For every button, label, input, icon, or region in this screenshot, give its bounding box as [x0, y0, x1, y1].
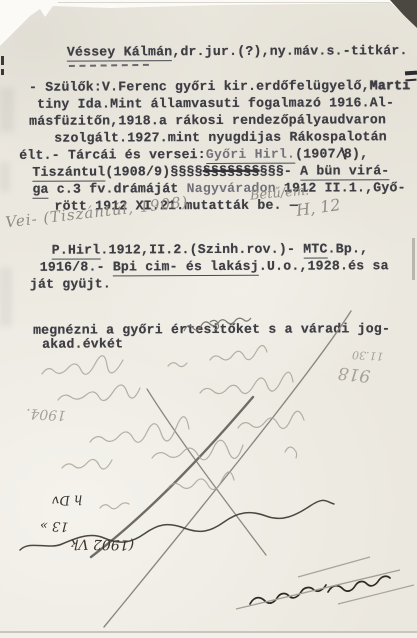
typed-line: P.Hirl.1912,II.2.(Szinh.rov.)- MTC.Bp., [52, 241, 369, 257]
typed-segment: (1907 [295, 146, 336, 161]
typed-line: akad.évkét [42, 336, 123, 351]
typed-segment: .U.o.,1928.és sa [259, 258, 389, 274]
typed-segment: akad.évkét [42, 336, 123, 351]
typed-segment: §§§§§§§ [203, 164, 260, 179]
typed-segment: Bpi cim- és lakásj [113, 259, 259, 276]
typed-segment: (1908/9) [105, 164, 170, 179]
typed-segment: /8 [336, 146, 352, 161]
handwritten-note-1130: 11.30 [352, 348, 384, 363]
typed-segment: Tiszántul [32, 164, 105, 181]
typed-segment: - Szülők:V.Ferenc győri kir.erdőfelügyel… [29, 78, 370, 94]
typed-segment: Győri Hirl. [206, 147, 295, 164]
typed-line: - Szülők:V.Ferenc győri kir.erdőfelügyel… [29, 78, 410, 95]
typed-segment: MTC [303, 241, 327, 258]
typed-segment: 1916/8.- [40, 259, 113, 274]
typed-segment: tiny Ida.Mint államvasuti fogalmazó 1916… [37, 95, 394, 112]
typed-line: tiny Ida.Mint államvasuti fogalmazó 1916… [37, 95, 394, 112]
typed-segment: ga [32, 182, 48, 199]
handwritten-note-1904: 1904. [26, 405, 67, 423]
typed-line: 1916/8.- Bpi cim- és lakásj.U.o.,1928.és… [40, 258, 389, 275]
typed-segment: megnézni a győri értesitőket s a váradi … [33, 321, 390, 338]
typed-segment: §§§§ [170, 164, 203, 179]
typed-segment: .Bp., [328, 241, 369, 256]
typed-text-layer: Véssey Kálmán,dr.jur.(?),ny.máv.s.-titká… [0, 0, 417, 638]
typed-segment: - [284, 164, 300, 179]
card-photo: Véssey Kálmán,dr.jur.(?),ny.máv.s.-titká… [0, 0, 417, 638]
typed-line: élt.- Tárcái és versei:Győri Hirl.(1907/… [19, 146, 368, 163]
typed-line: ga c.3 fv.drámáját Nagyváradon 1912 II.1… [32, 180, 405, 197]
typed-segment: §§§ [260, 164, 284, 179]
typed-line: ját gyüjt. [30, 276, 111, 291]
typed-segment: ,dr.jur.(?),ny.máv.s.-titkár. [172, 43, 407, 59]
handwritten-note-13: 13 » [40, 517, 69, 533]
handwritten-note-1902: (1902 Vk [70, 535, 134, 552]
typed-segment: másfüzitőn,1918.a rákosi rendezőpályaudv… [29, 112, 386, 129]
rough-underline [69, 64, 149, 67]
handwritten-note-918: 918 [337, 362, 371, 385]
typed-segment: élt.- Tárcái és versei: [19, 147, 206, 163]
typed-line: Tiszántul(1908/9)§§§§§§§§§§§§§§- A bün v… [32, 163, 389, 180]
typed-line: másfüzitőn,1918.a rákosi rendezőpályaudv… [29, 112, 386, 129]
typed-segment: ), [352, 146, 368, 161]
typed-segment: szolgált.1927.mint nyugdijas Rákospalotá… [54, 129, 387, 145]
typed-line: szolgált.1927.mint nyugdijas Rákospalotá… [54, 129, 387, 145]
handwritten-note-dv: h Dv [52, 491, 83, 508]
typed-segment: .1912,II.2.(Szinh.rov.)- [100, 242, 303, 258]
typed-segment: P.Hirl [52, 242, 101, 259]
typed-segment: ját gyüjt. [30, 276, 111, 291]
typed-segment: Marti [370, 78, 411, 93]
typed-line: megnézni a győri értesitőket s a váradi … [33, 321, 390, 338]
photo-bottom-band [0, 633, 417, 638]
typed-line: Véssey Kálmán,dr.jur.(?),ny.máv.s.-titká… [67, 43, 408, 59]
typed-segment: A bün virá- [300, 163, 389, 180]
typed-segment: Véssey Kálmán [67, 44, 173, 61]
